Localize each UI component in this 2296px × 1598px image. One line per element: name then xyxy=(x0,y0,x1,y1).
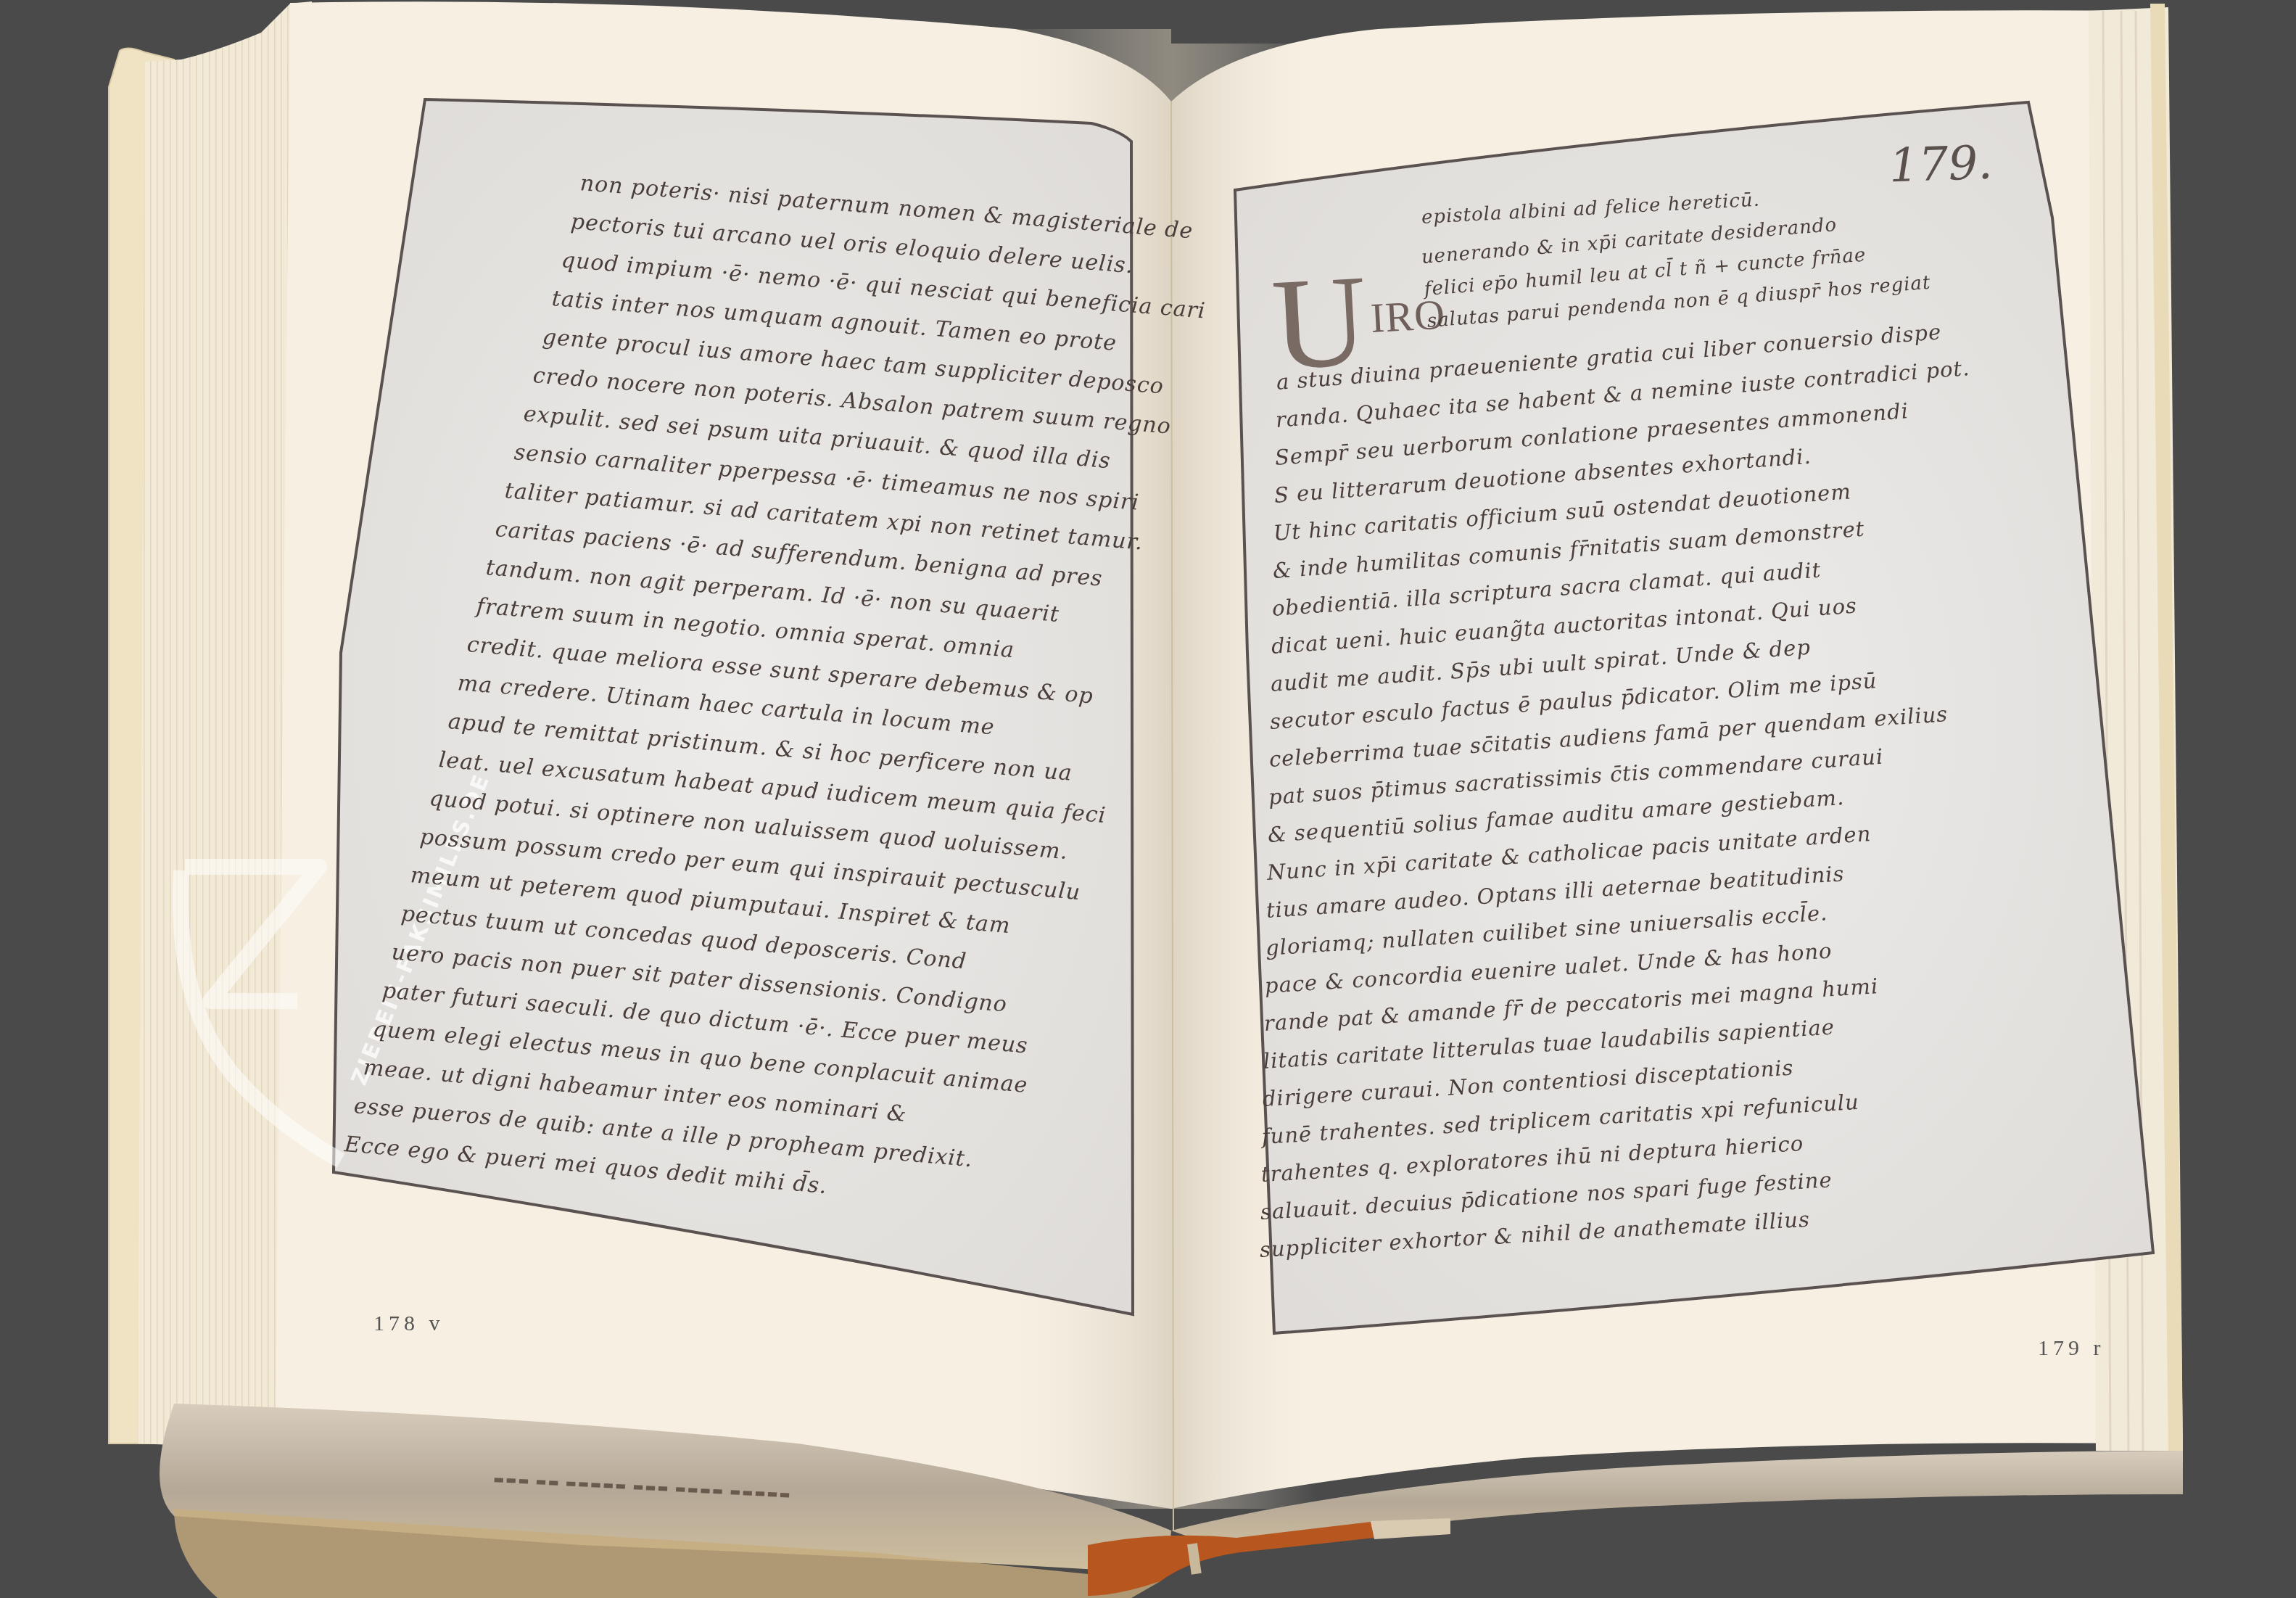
handwritten-folio-number: 179. xyxy=(1888,136,1994,194)
folio-label-left: 178 v xyxy=(373,1311,445,1336)
folio-label-right: 179 r xyxy=(2038,1336,2105,1361)
